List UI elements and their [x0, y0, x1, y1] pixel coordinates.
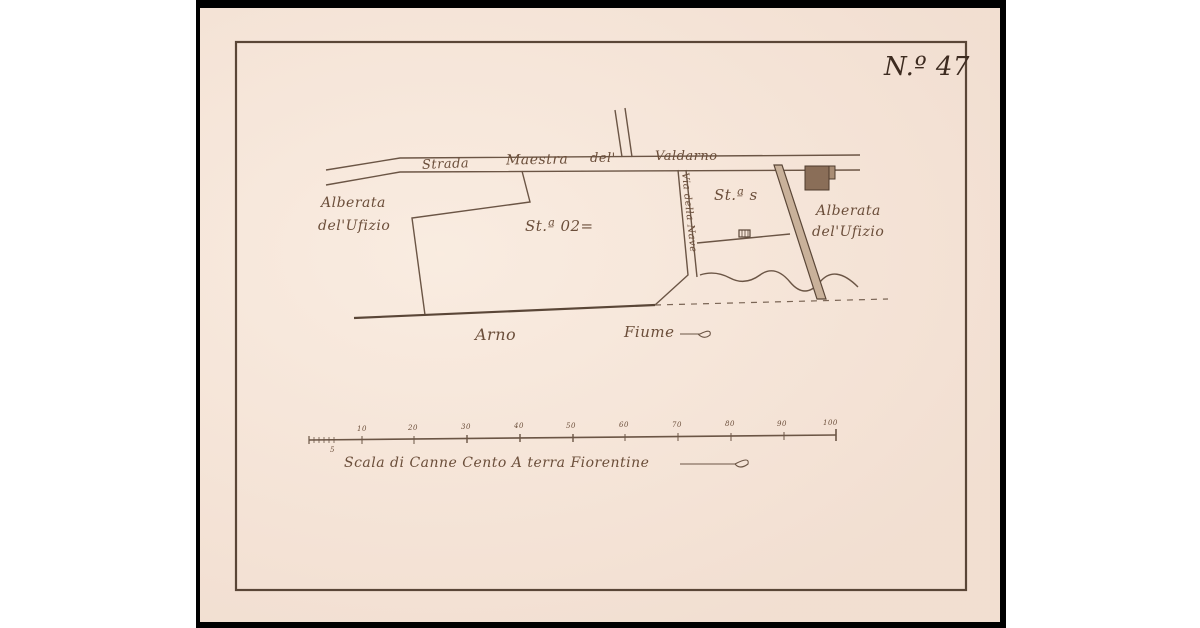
river-bank	[354, 305, 655, 318]
scale-tick-label: 50	[566, 422, 576, 430]
scale-tick-label: 90	[777, 420, 787, 428]
river-label-fiume: Fiume	[624, 323, 674, 341]
scale-tick-label: 10	[357, 425, 367, 433]
scale-caption: Scala di Canne Cento A terra Fiorentine	[344, 455, 649, 471]
building-block-icon	[805, 166, 829, 190]
scale-tick-label: 80	[725, 420, 735, 428]
parcel-divider	[697, 234, 790, 243]
road-label-strada: Strada	[422, 156, 470, 173]
scale-tick-label: 70	[672, 421, 682, 429]
north-road-left	[615, 110, 622, 157]
scale-flourish	[680, 460, 748, 467]
inner-border	[236, 42, 966, 590]
left-area-line1: Alberata	[321, 195, 386, 211]
river-label-arno: Arno	[475, 325, 516, 344]
scale-tick-label: 60	[619, 421, 629, 429]
road-label-del: del'	[590, 151, 616, 166]
parcel-main-label: St.ª 02=	[525, 217, 594, 235]
scale-tick-label: 20	[408, 424, 418, 432]
north-road-right	[625, 108, 632, 157]
scale-tick-label: 100	[823, 419, 838, 427]
scale-tick-label: 30	[461, 423, 471, 431]
fiume-flourish	[680, 331, 710, 337]
right-area-line2: del'Ufizio	[812, 224, 884, 240]
road-label-valdarno: Valdarno	[655, 149, 718, 164]
parcel-boundary-left	[412, 171, 530, 315]
scale-tick-label: 5	[330, 446, 335, 454]
road-label-maestra: Maestra	[506, 151, 569, 168]
parcel-small-label: St.ª s	[714, 186, 758, 204]
river-dashed-line	[655, 299, 888, 305]
left-area-line2: del'Ufizio	[318, 218, 390, 234]
right-area-line1: Alberata	[816, 203, 881, 219]
sheet-number: N.º 47	[884, 52, 970, 82]
wavy-boundary	[700, 271, 858, 291]
map-drawing	[0, 0, 1200, 628]
scale-tick-label: 40	[514, 422, 524, 430]
